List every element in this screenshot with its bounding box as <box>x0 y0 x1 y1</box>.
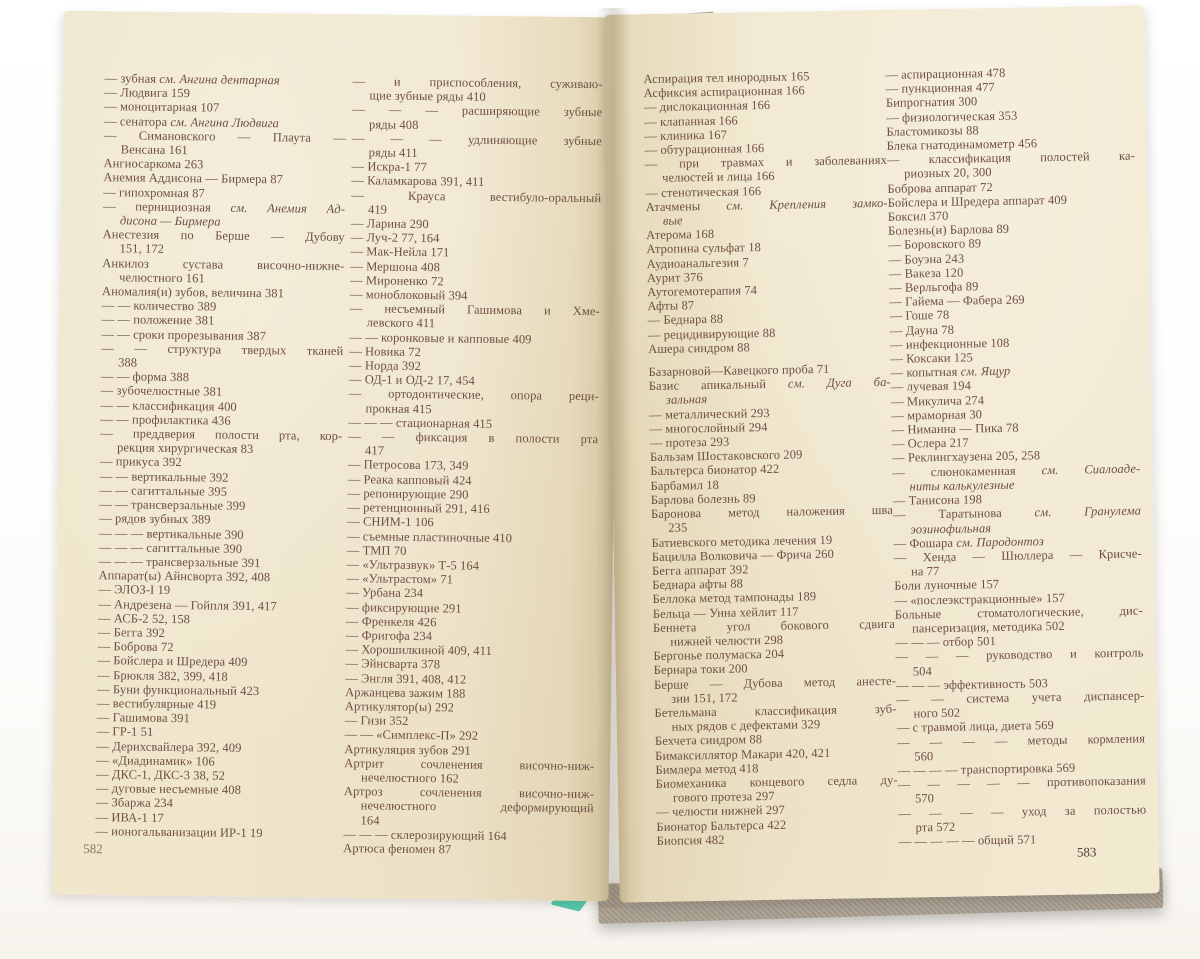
book-photo: — зубная см. Ангина дентарная— Людвига 1… <box>0 0 1200 959</box>
open-book: — зубная см. Ангина дентарная— Людвига 1… <box>0 0 1200 959</box>
page-number: 583 <box>1077 844 1097 860</box>
left-page: — зубная см. Ангина дентарная— Людвига 1… <box>53 11 620 902</box>
index-line: нечелюстного деформирующий <box>344 798 594 815</box>
cross-reference: см. Сиалоаде- <box>1041 461 1140 477</box>
cross-reference: см. Гранулема <box>1034 504 1141 520</box>
cross-reference: см. Дуга ба- <box>788 375 891 391</box>
cross-reference: см. Пародонтоз <box>956 534 1044 550</box>
cross-reference: см. Анемия Ад- <box>231 201 346 216</box>
index-line: Артюса феномен 87 <box>343 841 593 858</box>
index-line: — Крауса вестибуло-оральный <box>351 188 601 205</box>
index-column: — зубная см. Ангина дентарная— Людвига 1… <box>95 71 346 841</box>
index-line: — — структура твердых тканей <box>101 341 343 358</box>
index-column: — аспирационная 478— пункционная 477Бипр… <box>885 64 1147 849</box>
cross-reference: см. Ящур <box>961 364 1011 379</box>
cross-reference: см. Ангина Людвига <box>170 115 279 130</box>
index-column: Аспирация тел инородных 165Асфиксия аспи… <box>643 68 899 848</box>
index-line: — — — — — общий 571 <box>899 830 1147 849</box>
right-page: Аспирация тел инородных 165Асфиксия аспи… <box>604 5 1159 902</box>
cross-reference: см. Крепления замко- <box>726 196 888 213</box>
page-number: 582 <box>83 841 103 857</box>
index-line: — ионогальванизации ИР-1 19 <box>95 824 337 841</box>
index-column: — и приспособления, суживаю-щие зубные р… <box>343 74 603 858</box>
cross-reference: см. Ангина дентарная <box>159 72 280 87</box>
